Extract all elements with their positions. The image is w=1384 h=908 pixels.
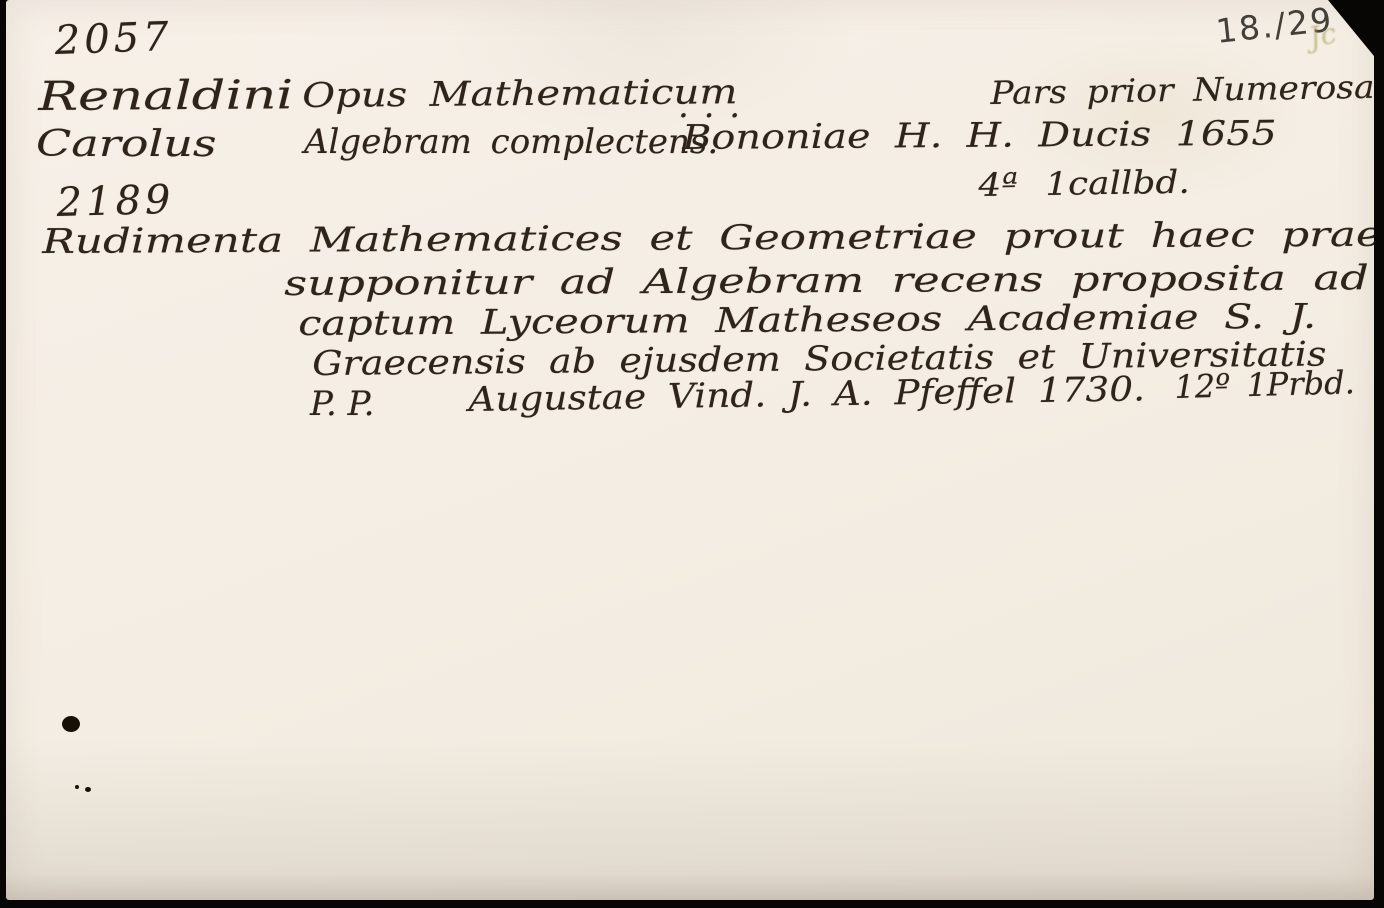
entry-2057-title-line2b: Bononiae H. H. Ducis 1655 bbox=[682, 114, 1277, 158]
catalog-card: 18./29 Jc 2057 Renaldini Opus Mathematic… bbox=[6, 0, 1374, 900]
entry-2057-title-line2a: Algebram complectens. bbox=[304, 122, 718, 162]
entry-2189-line5-pp: P. P. bbox=[310, 384, 374, 424]
ink-speck-1 bbox=[75, 785, 79, 789]
entry-2057-number: 2057 bbox=[54, 14, 173, 64]
entry-2057-title-part1: Opus Mathematicum bbox=[302, 72, 738, 116]
ink-speck-2 bbox=[85, 787, 91, 792]
ink-blot-large bbox=[62, 716, 80, 732]
entry-2057-title-part2: Pars prior Numerosam bbox=[990, 67, 1384, 112]
faint-ink-mark: Jc bbox=[1306, 16, 1339, 54]
entry-2189-line1: Rudimenta Mathematices et Geometriae pro… bbox=[42, 215, 1384, 262]
entry-2057-author-forename: Carolus bbox=[36, 124, 217, 165]
entry-2057-format-binding: 4ª 1callbd. bbox=[978, 163, 1190, 204]
entry-2189-number: 2189 bbox=[56, 177, 175, 226]
entry-2057-author-surname: Renaldini bbox=[38, 72, 293, 120]
entry-2189-format-binding: 12º 1Prbd. bbox=[1174, 363, 1355, 406]
